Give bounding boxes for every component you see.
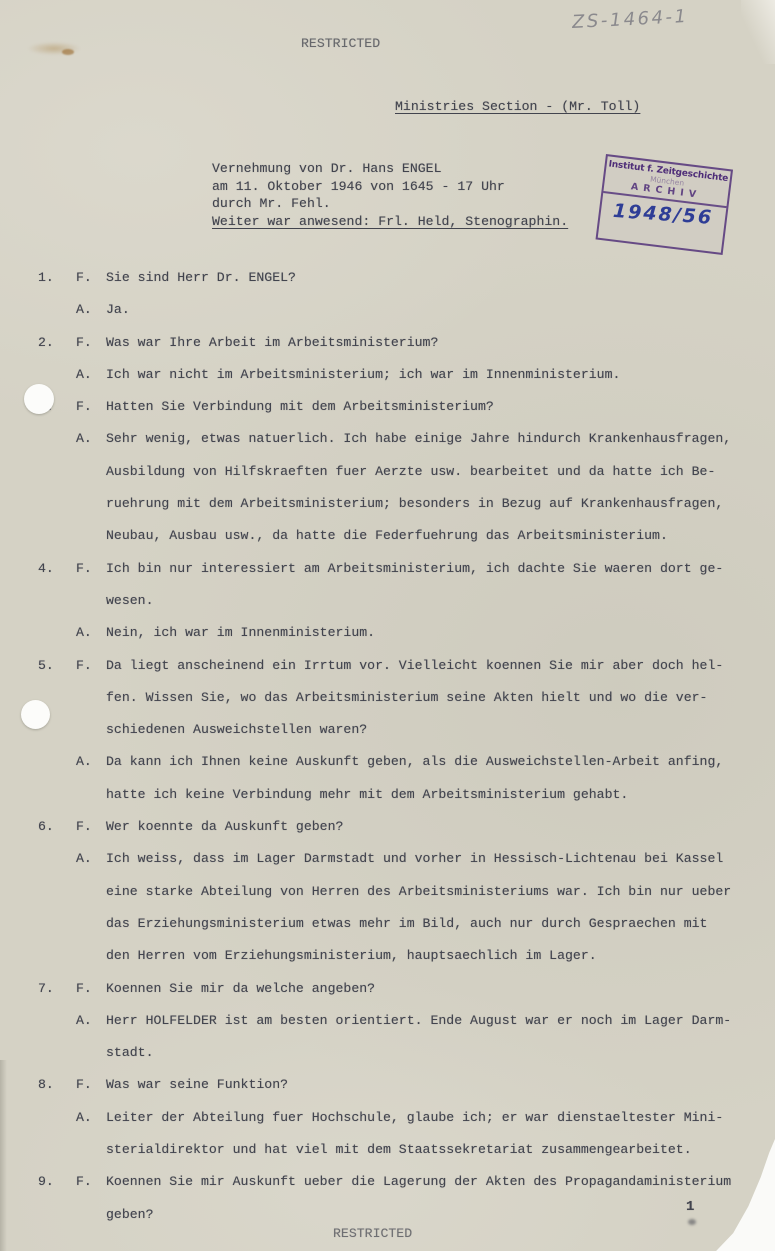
- qa-text: eine starke Abteilung von Herren des Arb…: [106, 876, 731, 908]
- pencil-archive-note: ZS-1464-1: [572, 6, 689, 33]
- qa-marker: F.: [76, 811, 92, 843]
- question-line: 3.F.Hatten Sie Verbindung mit dem Arbeit…: [0, 391, 775, 423]
- qa-text: Ausbildung von Hilfskraeften fuer Aerzte…: [106, 456, 715, 488]
- item-number: 9.: [38, 1166, 54, 1198]
- qa-marker: A.: [76, 843, 92, 875]
- scanned-document-page: ZS-1464-1 RESTRICTED Ministries Section …: [0, 0, 775, 1251]
- answer-line: ruehrung mit dem Arbeitsministerium; bes…: [0, 488, 775, 520]
- answer-line: A.Leiter der Abteilung fuer Hochschule, …: [0, 1102, 775, 1134]
- qa-marker: A.: [76, 746, 92, 778]
- qa-marker: F.: [76, 973, 92, 1005]
- qa-marker: F.: [76, 262, 92, 294]
- answer-line: hatte ich keine Verbindung mehr mit dem …: [0, 779, 775, 811]
- paper-edge-top-right: [741, 0, 775, 64]
- page-number: 1: [686, 1199, 694, 1215]
- qa-marker: F.: [76, 327, 92, 359]
- qa-marker: F.: [76, 650, 92, 682]
- intro-line: Weiter war anwesend: Frl. Held, Stenogra…: [212, 213, 568, 231]
- answer-line: A.Ja.: [0, 294, 775, 326]
- question-line: wesen.: [0, 585, 775, 617]
- qa-text: wesen.: [106, 585, 153, 617]
- answer-line: Ausbildung von Hilfskraeften fuer Aerzte…: [0, 456, 775, 488]
- hole-punch-top: [24, 384, 54, 414]
- qa-text: Was war Ihre Arbeit im Arbeitsministeriu…: [106, 327, 438, 359]
- intro-line: Vernehmung von Dr. Hans ENGEL: [212, 160, 568, 178]
- item-number: 1.: [38, 262, 54, 294]
- qa-text: den Herren vom Erziehungsministerium, ha…: [106, 940, 597, 972]
- question-line: schiedenen Ausweichstellen waren?: [0, 714, 775, 746]
- qa-text: Ja.: [106, 294, 130, 326]
- page-number-smudge: [688, 1219, 696, 1225]
- qa-marker: F.: [76, 1069, 92, 1101]
- qa-marker: A.: [76, 1005, 92, 1037]
- qa-text: Neubau, Ausbau usw., da hatte die Federf…: [106, 520, 668, 552]
- qa-marker: A.: [76, 294, 92, 326]
- item-number: 5.: [38, 650, 54, 682]
- answer-line: A.Ich war nicht im Arbeitsministerium; i…: [0, 359, 775, 391]
- qa-text: hatte ich keine Verbindung mehr mit dem …: [106, 779, 628, 811]
- answer-line: A.Herr HOLFELDER ist am besten orientier…: [0, 1005, 775, 1037]
- qa-text: Da kann ich Ihnen keine Auskunft geben, …: [106, 746, 723, 778]
- item-number: 2.: [38, 327, 54, 359]
- qa-marker: F.: [76, 553, 92, 585]
- qa-text: Ich war nicht im Arbeitsministerium; ich…: [106, 359, 620, 391]
- answer-line: stadt.: [0, 1037, 775, 1069]
- question-line: 5.F.Da liegt anscheinend ein Irrtum vor.…: [0, 650, 775, 682]
- qa-marker: A.: [76, 359, 92, 391]
- intro-line: durch Mr. Fehl.: [212, 195, 568, 213]
- question-line: 7.F.Koennen Sie mir da welche angeben?: [0, 973, 775, 1005]
- answer-line: das Erziehungsministerium etwas mehr im …: [0, 908, 775, 940]
- qa-text: Sehr wenig, etwas natuerlich. Ich habe e…: [106, 423, 731, 455]
- archive-stamp: Institut f. Zeitgeschichte München ARCHI…: [596, 154, 734, 255]
- question-line: 4.F.Ich bin nur interessiert am Arbeitsm…: [0, 553, 775, 585]
- item-number: 4.: [38, 553, 54, 585]
- answer-line: A.Sehr wenig, etwas natuerlich. Ich habe…: [0, 423, 775, 455]
- qa-text: geben?: [106, 1199, 153, 1231]
- qa-text: stadt.: [106, 1037, 153, 1069]
- qa-marker: A.: [76, 617, 92, 649]
- item-number: 6.: [38, 811, 54, 843]
- question-line: 8.F.Was war seine Funktion?: [0, 1069, 775, 1101]
- item-number: 7.: [38, 973, 54, 1005]
- intro-line: am 11. Oktober 1946 von 1645 - 17 Uhr: [212, 178, 568, 196]
- qa-text: schiedenen Ausweichstellen waren?: [106, 714, 367, 746]
- answer-line: Neubau, Ausbau usw., da hatte die Federf…: [0, 520, 775, 552]
- section-heading: Ministries Section - (Mr. Toll): [395, 99, 640, 114]
- classification-footer: RESTRICTED: [333, 1226, 412, 1241]
- item-number: 8.: [38, 1069, 54, 1101]
- qa-text: ruehrung mit dem Arbeitsministerium; bes…: [106, 488, 723, 520]
- classification-header: RESTRICTED: [301, 36, 380, 51]
- qa-text: das Erziehungsministerium etwas mehr im …: [106, 908, 707, 940]
- answer-line: A.Ich weiss, dass im Lager Darmstadt und…: [0, 843, 775, 875]
- qa-text: Herr HOLFELDER ist am besten orientiert.…: [106, 1005, 731, 1037]
- question-line: 9.F.Koennen Sie mir Auskunft ueber die L…: [0, 1166, 775, 1198]
- paper-edge-left: [0, 1060, 7, 1251]
- qa-text: Wer koennte da Auskunft geben?: [106, 811, 343, 843]
- interrogation-intro-block: Vernehmung von Dr. Hans ENGELam 11. Okto…: [212, 160, 568, 230]
- qa-text: Ich bin nur interessiert am Arbeitsminis…: [106, 553, 723, 585]
- qa-text: Sie sind Herr Dr. ENGEL?: [106, 262, 296, 294]
- qa-text: Hatten Sie Verbindung mit dem Arbeitsmin…: [106, 391, 494, 423]
- qa-marker: A.: [76, 1102, 92, 1134]
- paper-stain-dot: [62, 49, 74, 55]
- qa-text: Was war seine Funktion?: [106, 1069, 288, 1101]
- answer-line: den Herren vom Erziehungsministerium, ha…: [0, 940, 775, 972]
- question-line: 6.F.Wer koennte da Auskunft geben?: [0, 811, 775, 843]
- hole-punch-bottom: [21, 700, 50, 729]
- qa-text: sterialdirektor und hat viel mit dem Sta…: [106, 1134, 692, 1166]
- qa-text: Leiter der Abteilung fuer Hochschule, gl…: [106, 1102, 723, 1134]
- qa-text: Koennen Sie mir Auskunft ueber die Lager…: [106, 1166, 731, 1198]
- qa-text: Nein, ich war im Innenministerium.: [106, 617, 375, 649]
- qa-list: 1.F.Sie sind Herr Dr. ENGEL?A.Ja.2.F.Was…: [0, 262, 775, 1231]
- question-line: 1.F.Sie sind Herr Dr. ENGEL?: [0, 262, 775, 294]
- qa-text: Koennen Sie mir da welche angeben?: [106, 973, 375, 1005]
- answer-line: A.Da kann ich Ihnen keine Auskunft geben…: [0, 746, 775, 778]
- qa-text: fen. Wissen Sie, wo das Arbeitsministeri…: [106, 682, 707, 714]
- qa-text: Da liegt anscheinend ein Irrtum vor. Vie…: [106, 650, 723, 682]
- qa-text: Ich weiss, dass im Lager Darmstadt und v…: [106, 843, 723, 875]
- answer-line: A.Nein, ich war im Innenministerium.: [0, 617, 775, 649]
- question-line: 2.F.Was war Ihre Arbeit im Arbeitsminist…: [0, 327, 775, 359]
- qa-marker: F.: [76, 391, 92, 423]
- question-line: fen. Wissen Sie, wo das Arbeitsministeri…: [0, 682, 775, 714]
- qa-marker: A.: [76, 423, 92, 455]
- qa-marker: F.: [76, 1166, 92, 1198]
- answer-line: sterialdirektor und hat viel mit dem Sta…: [0, 1134, 775, 1166]
- answer-line: eine starke Abteilung von Herren des Arb…: [0, 876, 775, 908]
